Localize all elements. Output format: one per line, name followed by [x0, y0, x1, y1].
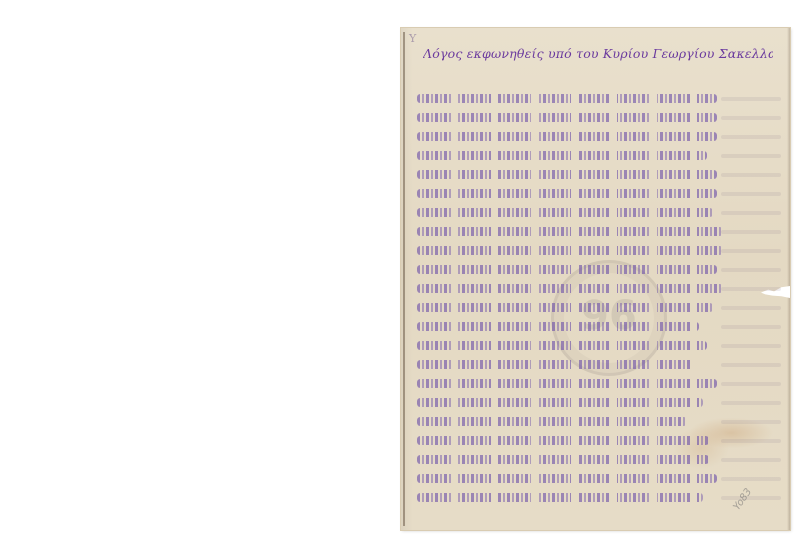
- show-through-text: [721, 477, 781, 481]
- handwritten-line: [illegible handwritten Greek text]: [417, 132, 717, 141]
- handwritten-line: [illegible handwritten Greek text]: [417, 493, 703, 502]
- line-text: [illegible handwritten Greek text]: [417, 377, 570, 387]
- handwritten-line: [illegible handwritten Greek text]: [417, 246, 723, 255]
- line-text: [illegible handwritten Greek text]: [417, 301, 570, 311]
- show-through-text: [721, 192, 781, 196]
- line-text: [illegible handwritten Greek text]: [417, 396, 570, 406]
- manuscript-body: [illegible handwritten Greek text][illeg…: [401, 28, 790, 530]
- line-text: [illegible handwritten Greek text]: [417, 225, 570, 235]
- line-text: [illegible handwritten Greek text]: [417, 111, 570, 121]
- show-through-text: [721, 268, 781, 272]
- handwritten-line: [illegible handwritten Greek text]: [417, 398, 703, 407]
- line-text: [illegible handwritten Greek text]: [417, 358, 570, 368]
- line-text: [illegible handwritten Greek text]: [417, 263, 570, 273]
- line-text: [illegible handwritten Greek text]: [417, 244, 570, 254]
- line-text: [illegible handwritten Greek text]: [417, 472, 570, 482]
- handwritten-line: [illegible handwritten Greek text]: [417, 341, 707, 350]
- line-text: [illegible handwritten Greek text]: [417, 168, 570, 178]
- show-through-text: [721, 401, 781, 405]
- line-text: [illegible handwritten Greek text]: [417, 187, 570, 197]
- show-through-text: [721, 249, 781, 253]
- manuscript-page: Y 96 Λόγος εκφωνηθείς υπό του Κυρίου Γεω…: [401, 28, 790, 530]
- handwritten-line: [illegible handwritten Greek text]: [417, 265, 717, 274]
- handwritten-line: [illegible handwritten Greek text]: [417, 436, 709, 445]
- show-through-text: [721, 135, 781, 139]
- handwritten-line: [illegible handwritten Greek text]: [417, 284, 723, 293]
- line-text: [illegible handwritten Greek text]: [417, 206, 570, 216]
- show-through-text: [721, 173, 781, 177]
- handwritten-line: [illegible handwritten Greek text]: [417, 151, 707, 160]
- show-through-text: [721, 306, 781, 310]
- line-text: [illegible handwritten Greek text]: [417, 491, 570, 501]
- line-text: [illegible handwritten Greek text]: [417, 149, 570, 159]
- show-through-text: [721, 363, 781, 367]
- handwritten-line: [illegible handwritten Greek text]: [417, 474, 717, 483]
- handwritten-line: [illegible handwritten Greek text]: [417, 208, 713, 217]
- show-through-text: [721, 420, 781, 424]
- show-through-text: [721, 458, 781, 462]
- show-through-text: [721, 344, 781, 348]
- handwritten-line: [illegible handwritten Greek text]: [417, 417, 687, 426]
- handwritten-line: [illegible handwritten Greek text]: [417, 227, 723, 236]
- handwritten-line: [illegible handwritten Greek text]: [417, 303, 713, 312]
- show-through-text: [721, 287, 781, 291]
- line-text: [illegible handwritten Greek text]: [417, 320, 570, 330]
- show-through-text: [721, 116, 781, 120]
- handwritten-line: [illegible handwritten Greek text]: [417, 322, 699, 331]
- handwritten-line: [illegible handwritten Greek text]: [417, 455, 709, 464]
- show-through-text: [721, 97, 781, 101]
- handwritten-line: [illegible handwritten Greek text]: [417, 113, 717, 122]
- line-text: [illegible handwritten Greek text]: [417, 92, 570, 102]
- line-text: [illegible handwritten Greek text]: [417, 339, 570, 349]
- show-through-text: [721, 211, 781, 215]
- handwritten-line: [illegible handwritten Greek text]: [417, 189, 717, 198]
- line-text: [illegible handwritten Greek text]: [417, 434, 570, 444]
- show-through-text: [721, 382, 781, 386]
- handwritten-line: [illegible handwritten Greek text]: [417, 94, 717, 103]
- show-through-text: [721, 154, 781, 158]
- handwritten-line: [illegible handwritten Greek text]: [417, 170, 717, 179]
- handwritten-line: [illegible handwritten Greek text]: [417, 379, 717, 388]
- show-through-text: [721, 230, 781, 234]
- line-text: [illegible handwritten Greek text]: [417, 130, 570, 140]
- show-through-text: [721, 325, 781, 329]
- handwritten-line: [illegible handwritten Greek text]: [417, 360, 697, 369]
- line-text: [illegible handwritten Greek text]: [417, 415, 570, 425]
- line-text: [illegible handwritten Greek text]: [417, 282, 570, 292]
- line-text: [illegible handwritten Greek text]: [417, 453, 570, 463]
- show-through-text: [721, 439, 781, 443]
- document-viewer: Y 96 Λόγος εκφωνηθείς υπό του Κυρίου Γεω…: [0, 0, 800, 549]
